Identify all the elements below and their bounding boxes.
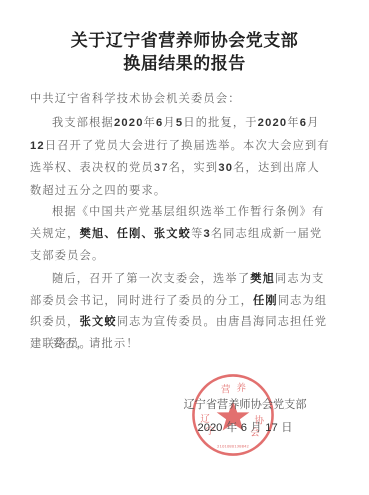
- text: 月: [251, 421, 262, 434]
- closing-line: 妥否，请批示！: [30, 333, 330, 355]
- number: 12: [30, 140, 45, 152]
- signature-organization: 辽宁省营养师协会党支部: [160, 396, 330, 412]
- organization-member-name: 任刚: [253, 294, 278, 307]
- addressee: 中共辽宁省科学技术协会机关委员会：: [30, 88, 330, 110]
- document-title-line1: 关于辽宁省营养师协会党支部: [0, 26, 369, 51]
- signature-date: 2020 年 6 月 17 日: [160, 419, 330, 435]
- text: 名，实到: [169, 161, 219, 174]
- document-title-line2: 换届结果的报告: [0, 49, 369, 74]
- number: 30: [218, 162, 233, 174]
- text: 年: [144, 116, 156, 129]
- paragraph-election: 我支部根据2020年6月5日的批复，于2020年6月12日召开了党员大会进行了换…: [30, 112, 330, 201]
- paragraph-committee: 根据《中国共产党基层组织选举工作暂行条例》有关规定，樊旭、任刚、张文蛟等3名同志…: [30, 201, 330, 267]
- number: 2020: [258, 117, 288, 129]
- publicity-member-name: 张文蛟: [80, 315, 117, 328]
- document-page: 关于辽宁省营养师协会党支部 换届结果的报告 中共辽宁省科学技术协会机关委员会： …: [0, 0, 369, 495]
- text: 年: [287, 116, 299, 129]
- number: 3: [203, 228, 210, 240]
- official-seal-icon: 营 养 辽 宁 协 会 2101080138842: [190, 372, 276, 458]
- text: 随后，召开了第一次支委会，选举了: [52, 272, 250, 285]
- svg-text:养: 养: [236, 382, 246, 394]
- text: 等: [191, 227, 203, 240]
- svg-text:2101080138842: 2101080138842: [217, 444, 249, 449]
- number: 37: [154, 162, 169, 174]
- text: 年: [226, 421, 237, 434]
- date-day: 17: [265, 422, 277, 434]
- text: 月: [163, 116, 175, 129]
- svg-text:营: 营: [221, 384, 231, 396]
- date-year: 2020: [198, 422, 223, 434]
- secretary-name: 樊旭: [250, 272, 275, 285]
- date-month: 6: [241, 422, 247, 434]
- text: 月: [307, 116, 319, 129]
- text: 日: [281, 421, 292, 434]
- closing-text: 妥否，请批示！: [30, 333, 330, 355]
- text: 日的批复，于: [183, 116, 257, 129]
- member-names: 樊旭、任刚、张文蛟: [80, 227, 192, 240]
- number: 2020: [114, 117, 144, 129]
- text: 我支部根据: [52, 116, 114, 129]
